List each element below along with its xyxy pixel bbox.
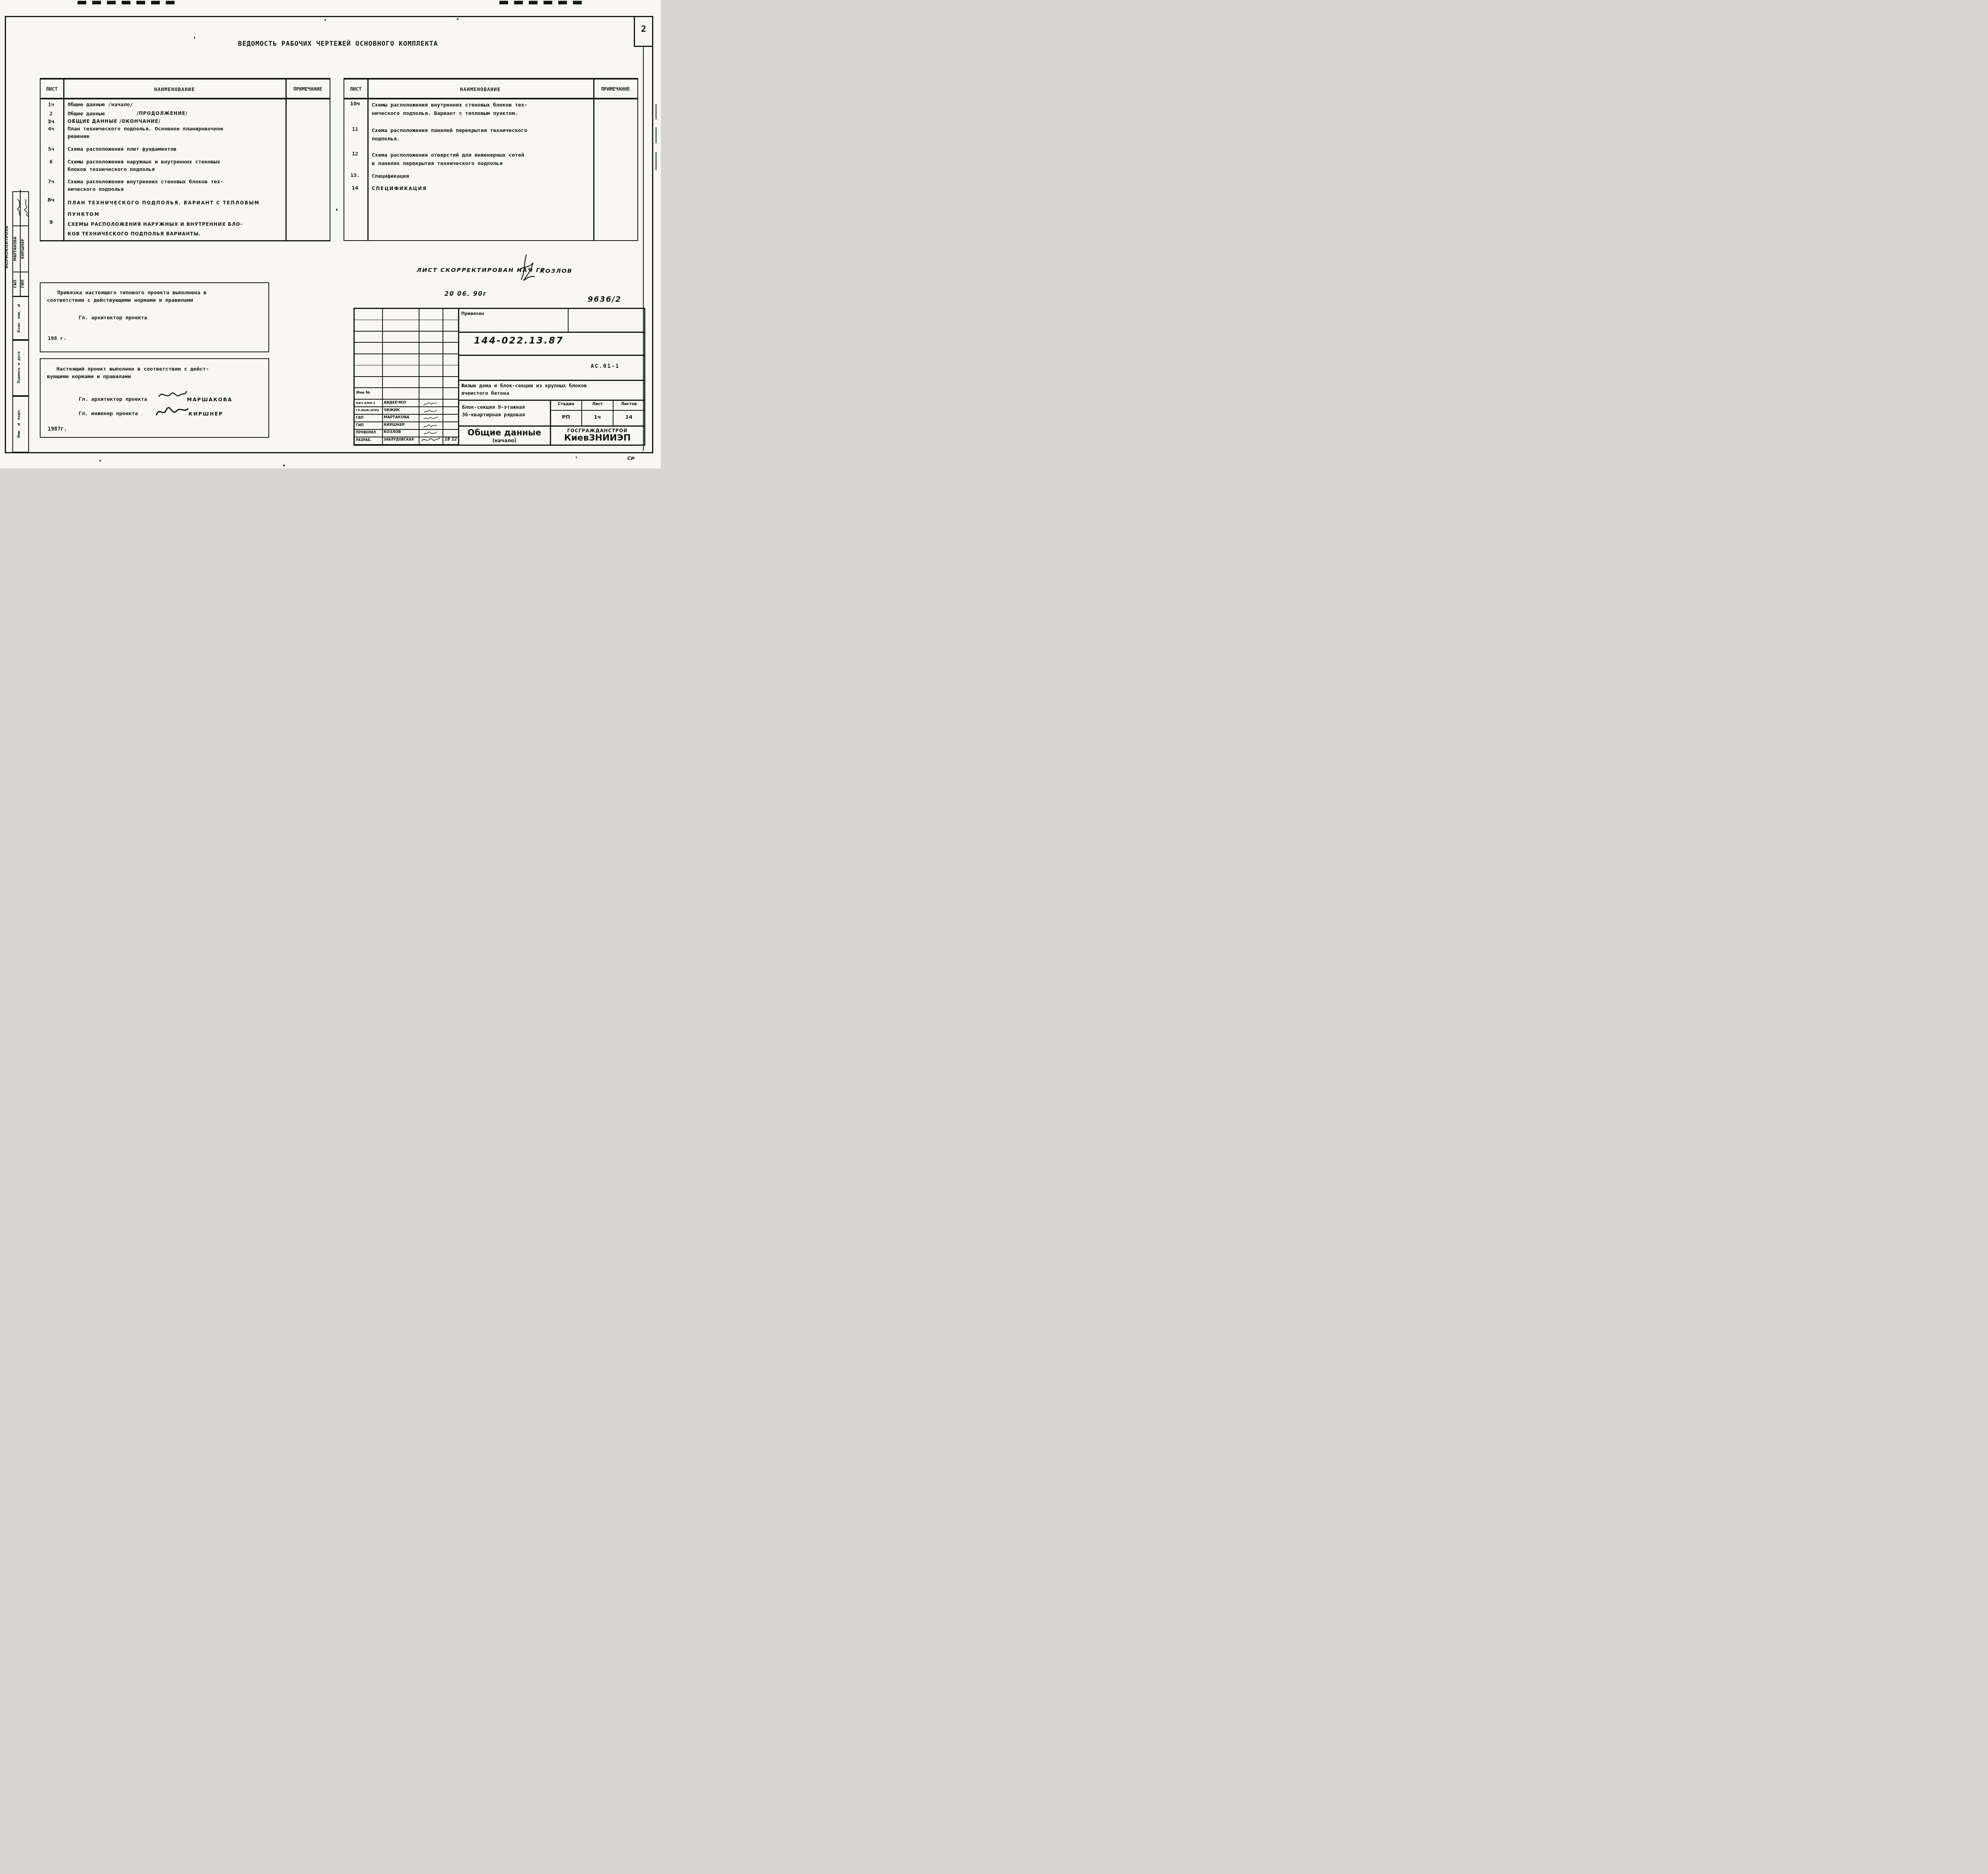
correction-date: 20 06. 90г bbox=[445, 290, 487, 297]
column-divider bbox=[367, 80, 369, 240]
ink-speck bbox=[576, 456, 577, 458]
sidebar-approver-name: КИРШНЕР bbox=[21, 227, 27, 271]
sheet-number: 3ч bbox=[40, 118, 62, 126]
page-number: 2 bbox=[635, 24, 652, 34]
signer-role: ГИП bbox=[356, 423, 364, 427]
approver-signature-icon bbox=[515, 253, 538, 283]
sheet-number: 5ч bbox=[40, 146, 62, 153]
sheet-number: 7ч bbox=[40, 178, 62, 186]
binding-label: Привязан bbox=[461, 311, 484, 316]
stage-label: Стадия bbox=[551, 402, 581, 406]
column-divider bbox=[63, 80, 64, 240]
drawing-name-handwritten: ПЛАН ТЕХНИЧЕСКОГО ПОДПОЛЬЯ. ВАРИАНТ С ТЕ… bbox=[68, 197, 260, 220]
sheet-number: 6 bbox=[40, 158, 62, 166]
signer-signature-icon bbox=[420, 430, 440, 436]
signer-role: ГАП bbox=[356, 416, 363, 420]
drawing-name: Схема расположения панелей перекрытия те… bbox=[372, 126, 527, 143]
grid-line bbox=[443, 309, 443, 445]
archive-number: 9636/2 bbox=[588, 295, 621, 304]
sheet-number: 14 bbox=[344, 185, 367, 191]
frame-label-box: Инв. № подл. bbox=[12, 395, 29, 452]
drawing-name-handwritten: /ПРОДОЛЖЕНИЕ/ bbox=[137, 111, 188, 116]
sheet-number: 13. bbox=[344, 173, 367, 179]
header-divider bbox=[41, 98, 330, 99]
sheet-value: 1ч bbox=[582, 414, 613, 420]
project-year: 1987г. bbox=[48, 426, 67, 432]
signer-name: ЗАБЛУДОВСКАЯ bbox=[384, 438, 414, 441]
grid-line bbox=[419, 309, 419, 445]
ink-speck bbox=[283, 464, 285, 466]
grid-line bbox=[458, 309, 459, 445]
signer-name: АВДЕЕЧКО bbox=[384, 401, 406, 405]
grid-line bbox=[13, 225, 28, 226]
sheets-label: Листов bbox=[613, 402, 644, 406]
signer-name: МАРТАКОВА bbox=[384, 416, 409, 419]
sheet-number: 10ч bbox=[344, 101, 367, 107]
page-number-box: 2 bbox=[634, 17, 652, 47]
grid-line bbox=[459, 355, 644, 356]
header-note: ПРИМЕЧАНИЕ bbox=[286, 86, 329, 92]
drawing-name-handwritten: ОБЩИЕ ДАННЫЕ /ОКОНЧАНИЕ/ bbox=[68, 118, 161, 124]
sidebar-approval-table: МАРТАКОВА КИРШНЕР ГАП ГИП bbox=[12, 191, 29, 297]
signer-role: ГЛ.ИНЖ.АПМ2 bbox=[356, 409, 379, 412]
column-divider bbox=[285, 80, 287, 240]
document-code: АС.01-1 bbox=[571, 363, 639, 369]
sheet-number: 9 bbox=[40, 219, 62, 225]
content-subtitle: (начало) bbox=[459, 438, 550, 443]
grid-line bbox=[459, 332, 644, 333]
architect-role-label: Гл. архитектор проекта bbox=[79, 396, 147, 402]
header-sheet: ЛИСТ bbox=[344, 86, 367, 92]
drawing-name: Общие данные /начало/ bbox=[68, 101, 133, 109]
frame-label: Взам. инв. № bbox=[17, 298, 24, 338]
frame-label-box: Взам. инв. № bbox=[12, 296, 29, 341]
film-edge-tick bbox=[656, 127, 656, 143]
signature-icon bbox=[22, 199, 32, 217]
signer-role: НАЧ АПМ-2 bbox=[356, 401, 375, 405]
frame-label-box: Подпись и дата bbox=[12, 339, 29, 397]
drawing-sheet: 2 ВЕДОМОСТЬ РАБОЧИХ ЧЕРТЕЖЕЙ ОСНОВНОГО К… bbox=[0, 0, 661, 468]
ink-speck bbox=[194, 37, 195, 39]
drawing-name: План технического подполья. Основное пла… bbox=[68, 125, 223, 140]
header-sheet: ЛИСТ bbox=[41, 86, 63, 92]
stage-value: РП bbox=[551, 414, 581, 420]
signer-role: РАЗРАБ. bbox=[356, 438, 371, 442]
engineer-role-label: Гл. инженер проекта bbox=[79, 411, 138, 417]
architect-name: МАРШАКОВА bbox=[187, 396, 232, 402]
signer-name: КИРШНЕР bbox=[384, 423, 405, 427]
engineer-name: КИРШНЕР bbox=[188, 411, 223, 417]
drawing-name-handwritten: СХЕМЫ РАСПОЛОЖЕНИЯ НАРУЖНЫХ И ВНУТРЕННИХ… bbox=[68, 219, 243, 239]
architect-role-label: Гл. архитектор проекта bbox=[79, 315, 147, 321]
sidebar-approver-role: ГИП bbox=[21, 273, 27, 295]
sheet-number: 8ч bbox=[40, 197, 62, 203]
signer-signature-icon bbox=[420, 408, 440, 414]
drawing-name: Схемы расположения наружных и внутренних… bbox=[68, 158, 220, 173]
grid-line bbox=[459, 425, 644, 427]
film-edge-tick bbox=[656, 104, 656, 119]
header-note: ПРИМЕЧАНИЕ bbox=[594, 86, 637, 92]
footer-mark: СР bbox=[627, 455, 635, 462]
series-title: Жилые дома и блок-секции из крупных блок… bbox=[461, 382, 587, 397]
sheet-number: 4ч bbox=[40, 125, 62, 133]
binding-statement-line1: Привязка настоящего типового проекта вып… bbox=[57, 290, 207, 296]
title-block: Привязан Инв № 144-022.13.87 АС.01-1 Жил… bbox=[353, 308, 645, 446]
drawing-name: Общие данные bbox=[68, 110, 105, 118]
sheet-label: Лист bbox=[582, 402, 613, 406]
signer-signature-icon bbox=[420, 416, 440, 421]
sheet-number: 2 bbox=[40, 110, 62, 118]
signer-name: КОЗЛОВ bbox=[384, 430, 401, 434]
drawing-name: Схемы расположения внутренних стеновых б… bbox=[372, 101, 527, 118]
sheet-number: 11 bbox=[344, 126, 367, 132]
signer-signature-icon bbox=[420, 423, 440, 429]
ink-speck bbox=[99, 460, 101, 462]
sheet-number: 1ч bbox=[40, 101, 62, 109]
ink-speck bbox=[457, 18, 458, 20]
drawing-name: Схема расположения отверстий для инженер… bbox=[372, 151, 524, 168]
organization-name: ГОСГРАЖДАНСТРОЙ bbox=[551, 428, 644, 433]
signer-signature-icon bbox=[420, 401, 440, 406]
ink-speck bbox=[324, 19, 326, 21]
ink-speck bbox=[336, 209, 338, 211]
project-approval-box: Настоящий проект выполнен в соответствии… bbox=[40, 358, 269, 438]
block-title: Блок-секция 9-этажная 36-квартирная рядо… bbox=[462, 403, 525, 418]
content-title: Общие данные bbox=[459, 428, 550, 437]
correction-approver-name: КОЗЛОВ bbox=[540, 268, 573, 274]
binding-statement-line2: соответствии с действующими нормами и пр… bbox=[47, 297, 193, 303]
signature-date: 18 12 bbox=[445, 437, 457, 442]
film-perforation-strip bbox=[78, 1, 177, 4]
film-perforation-strip bbox=[499, 1, 584, 4]
drawing-name-handwritten: СПЕЦИФИКАЦИЯ bbox=[372, 186, 427, 191]
grid-line bbox=[459, 400, 644, 401]
sidebar-approver-role: ГАП bbox=[14, 273, 19, 295]
sheets-value: 14 bbox=[613, 414, 644, 420]
column-divider bbox=[593, 80, 594, 240]
inventory-label: Инв № bbox=[356, 390, 370, 395]
drawing-name: Схема расположения внутренних стеновых б… bbox=[68, 178, 223, 193]
header-name: НАИМЕНОВАНИЕ bbox=[367, 86, 593, 92]
grid-line bbox=[13, 272, 28, 272]
frame-label: Инв. № подл. bbox=[17, 397, 24, 449]
grid-line bbox=[551, 410, 644, 411]
signer-name: ЧИЖИК bbox=[384, 408, 400, 412]
grid-line bbox=[568, 309, 569, 332]
project-statement-line1: Настоящий проект выполнен в соответствии… bbox=[56, 366, 209, 372]
grid-line bbox=[382, 309, 383, 445]
engineer-signature-icon bbox=[155, 400, 189, 421]
ink-speck bbox=[20, 190, 21, 192]
organization-institute: КиевЗНИИЭП bbox=[551, 433, 644, 443]
normcontrol-caption: НОРМОКОНТРОЛЬ bbox=[5, 218, 12, 276]
frame-label: Подпись и дата bbox=[17, 341, 24, 394]
project-code: 144-022.13.87 bbox=[474, 336, 564, 346]
drawing-name: Схема расположения плит фундаментов bbox=[68, 146, 177, 153]
drawing-name: Спецификация bbox=[372, 173, 409, 180]
year-blank: 198 г. bbox=[48, 336, 66, 342]
page-title: ВЕДОМОСТЬ РАБОЧИХ ЧЕРТЕЖЕЙ ОСНОВНОГО КОМ… bbox=[235, 40, 441, 47]
film-edge-tick bbox=[656, 152, 656, 170]
sidebar-approver-name: МАРТАКОВА bbox=[14, 227, 19, 271]
header-divider bbox=[344, 98, 637, 99]
project-statement-line2: вующими нормами и правилами bbox=[47, 374, 131, 380]
binding-approval-box: Привязка настоящего типового проекта вып… bbox=[40, 282, 269, 352]
sheet-number: 12 bbox=[344, 151, 367, 157]
signer-signature-icon bbox=[419, 436, 441, 443]
signer-role: ПРОВЕРИЛ bbox=[356, 431, 376, 434]
header-name: НАИМЕНОВАНИЕ bbox=[63, 86, 286, 92]
grid-line bbox=[459, 380, 644, 381]
